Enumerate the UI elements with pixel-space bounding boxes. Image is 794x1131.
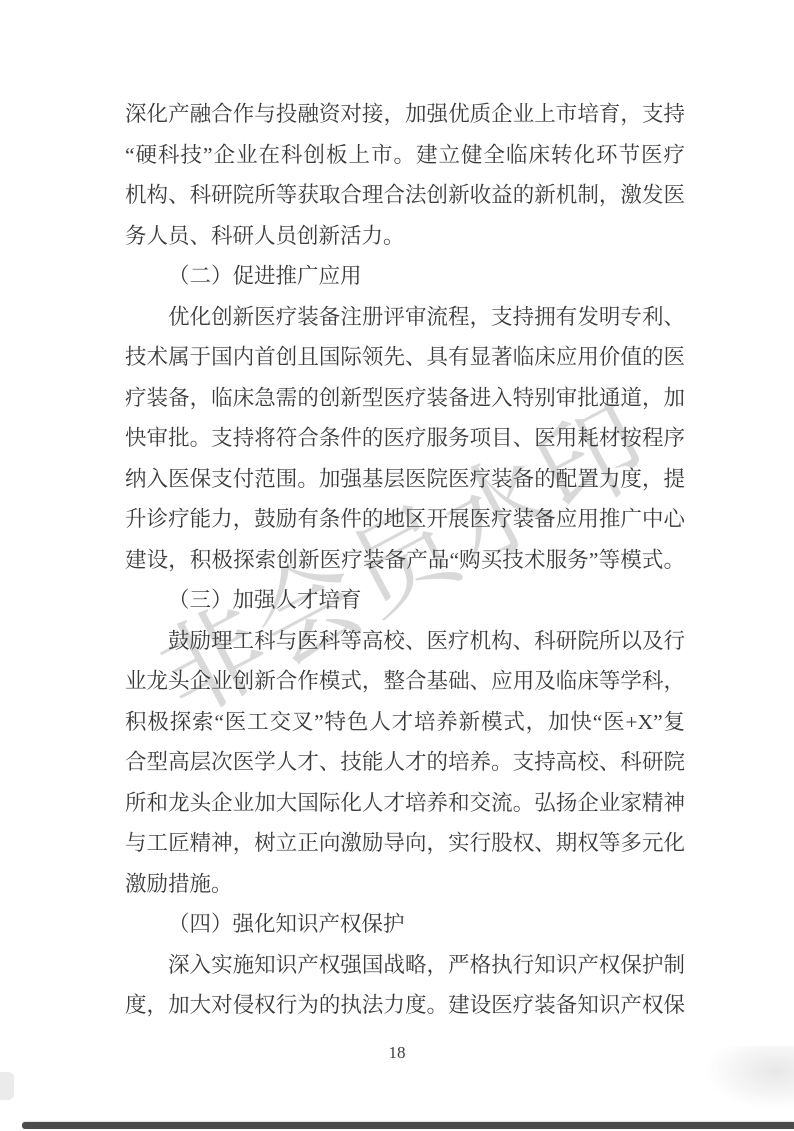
text-line: 合型高层次医学人才、技能人才的培养。支持高校、科研院 [125,742,685,783]
text-line: 升诊疗能力，鼓励有条件的地区开展医疗装备应用推广中心 [125,499,685,540]
text-line: 鼓励理工科与医科等高校、医疗机构、科研院所以及行 [125,621,685,662]
section-heading: （二）促进推广应用 [125,256,685,297]
page-number: 18 [0,1043,794,1063]
text-line: 深化产融合作与投融资对接，加强优质企业上市培育，支持 [125,94,685,135]
text-line: 度，加大对侵权行为的执法力度。建设医疗装备知识产权保 [125,985,685,1026]
section-heading: （四）强化知识产权保护 [125,904,685,945]
text-line: 与工匠精神，树立正向激励导向，实行股权、期权等多元化 [125,823,685,864]
text-line: 所和龙头企业加大国际化人才培养和交流。弘扬企业家精神 [125,783,685,824]
text-line: “硬科技”企业在科创板上市。建立健全临床转化环节医疗 [125,135,685,176]
section-heading: （三）加强人才培育 [125,580,685,621]
document-page: 非会员水印 深化产融合作与投融资对接，加强优质企业上市培育，支持 “硬科技”企业… [0,0,794,1131]
text-line: 优化创新医疗装备注册评审流程，支持拥有发明专利、 [125,297,685,338]
scan-artifact-blob-left [0,1072,14,1100]
text-line: 疗装备，临床急需的创新型医疗装备进入特别审批通道，加 [125,378,685,419]
scan-artifact-bar [22,1122,794,1129]
text-line: 深入实施知识产权强国战略，严格执行知识产权保护制 [125,945,685,986]
text-column: 深化产融合作与投融资对接，加强优质企业上市培育，支持 “硬科技”企业在科创板上市… [125,94,685,1026]
text-line: 激励措施。 [125,864,685,905]
text-line: 快审批。支持将符合条件的医疗服务项目、医用耗材按程序 [125,418,685,459]
text-line: 机构、科研院所等获取合理合法创新收益的新机制，激发医 [125,175,685,216]
text-line: 建设，积极探索创新医疗装备产品“购买技术服务”等模式。 [125,540,685,581]
text-line: 务人员、科研人员创新活力。 [125,216,685,257]
text-line: 技术属于国内首创且国际领先、具有显著临床应用价值的医 [125,337,685,378]
text-line: 纳入医保支付范围。加强基层医院医疗装备的配置力度，提 [125,459,685,500]
text-line: 积极探索“医工交叉”特色人才培养新模式，加快“医+X”复 [125,702,685,743]
text-line: 业龙头企业创新合作模式，整合基础、应用及临床等学科， [125,661,685,702]
